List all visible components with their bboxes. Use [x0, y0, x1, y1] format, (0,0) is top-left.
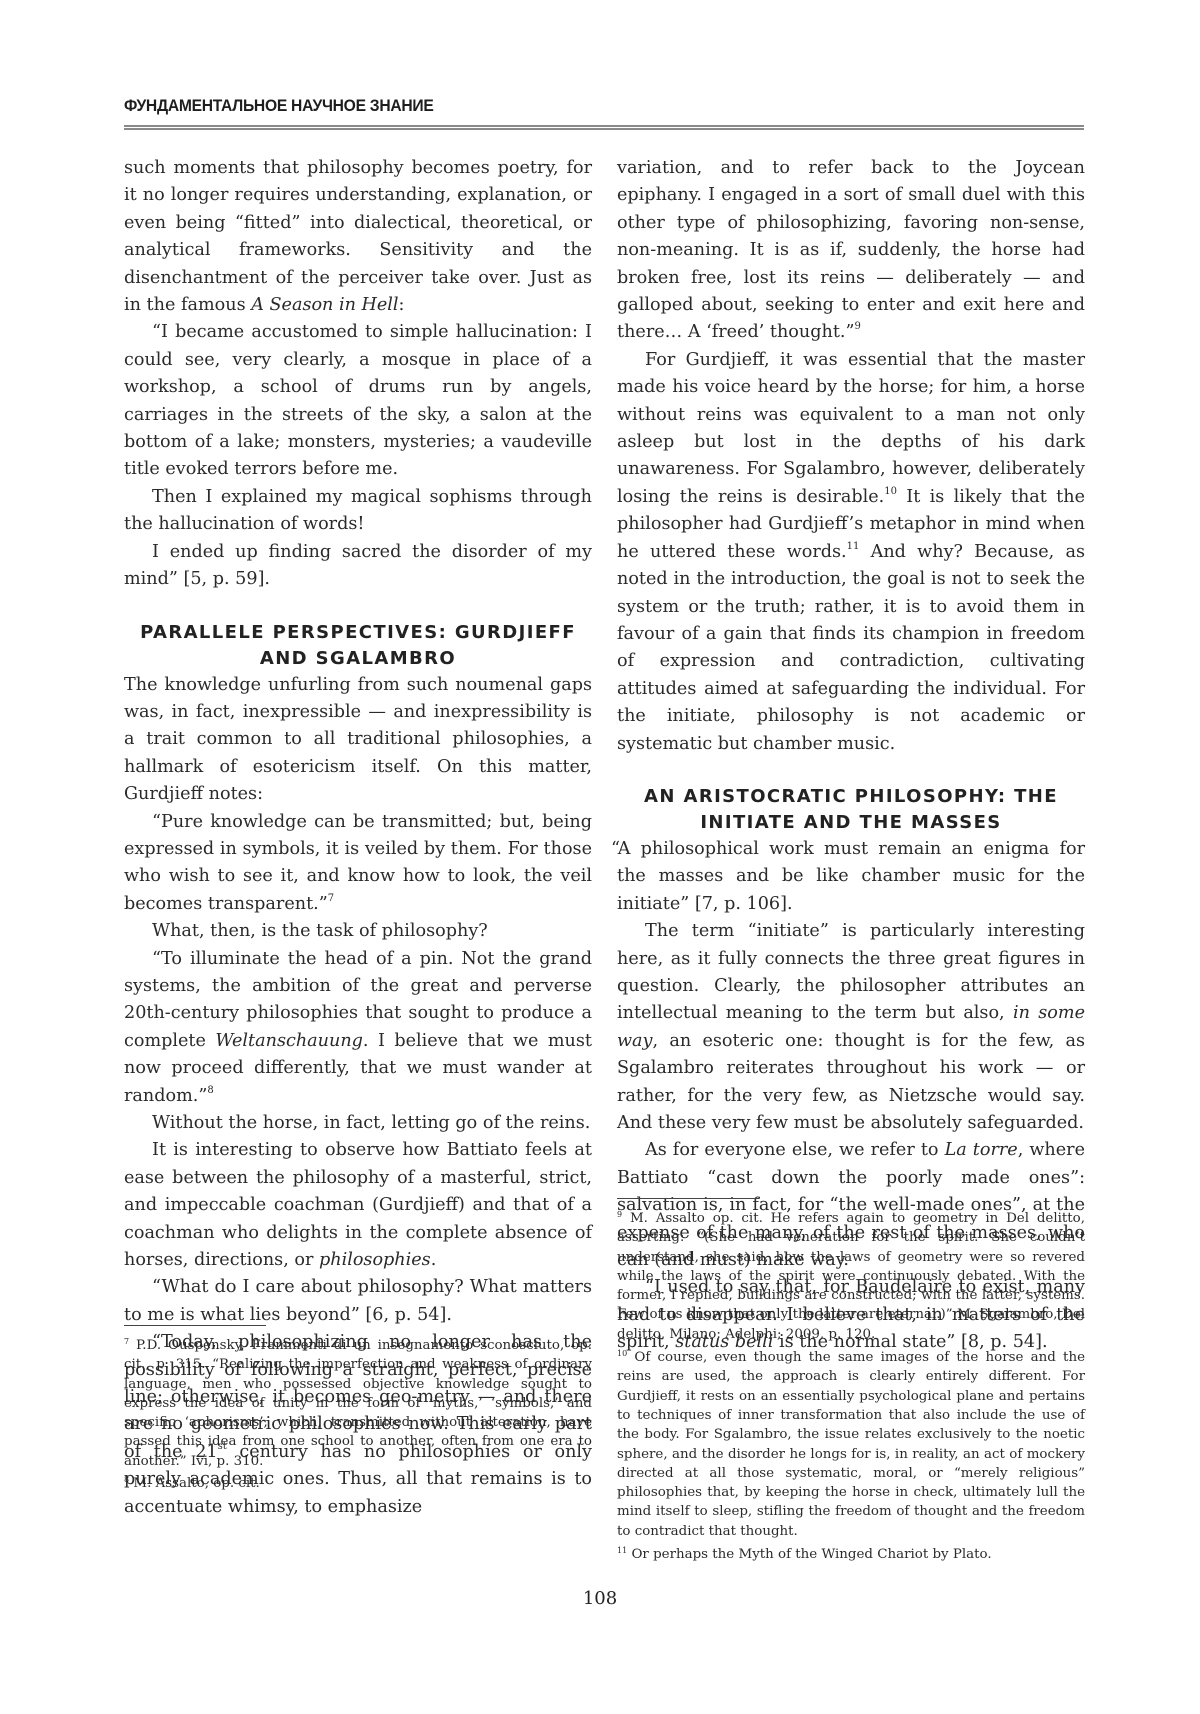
italic-term: Weltanschauung: [215, 1031, 363, 1051]
footnote-number: 10: [617, 1349, 627, 1358]
footnote-ref[interactable]: 8: [207, 1085, 213, 1096]
footnote-text: P.D. Ouspensky, Frammenti di un insegnam…: [124, 1338, 592, 1469]
quote-paragraph: “To illuminate the head of a pin. Not th…: [124, 946, 592, 1110]
text: , an esoteric one: thought is for the fe…: [617, 1031, 1085, 1133]
footnote-number: 8: [124, 1475, 129, 1484]
footnote-8: 8 M. Assalto, op. cit.: [124, 1474, 592, 1493]
section-heading: PARALLELE PERSPECTIVES: GURDJIEFF AND SG…: [124, 620, 592, 672]
journal-section-title: ФУНДАМЕНТАЛЬНОЕ НАУЧНОЕ ЗНАНИЕ: [124, 96, 1007, 116]
right-footnotes: 9 M. Assalto op. cit. He refers again to…: [617, 1198, 1085, 1564]
footnote-9: 9 M. Assalto op. cit. He refers again to…: [617, 1209, 1085, 1344]
text: such moments that philosophy becomes poe…: [124, 158, 592, 315]
spacer: [124, 594, 592, 620]
footnote-ref[interactable]: 11: [847, 541, 860, 552]
paragraph: variation, and to refer back to the Joyc…: [617, 155, 1085, 347]
text: And why? Because, as noted in the introd…: [617, 542, 1085, 754]
quote-paragraph: “I became accustomed to simple hallucina…: [124, 319, 592, 483]
footnote-10: 10 Of course, even though the same image…: [617, 1348, 1085, 1541]
quote-paragraph: Then I explained my magical sophisms thr…: [124, 484, 592, 539]
footnote-7: 7 P.D. Ouspensky, Frammenti di un insegn…: [124, 1336, 592, 1471]
text: variation, and to refer back to the Joyc…: [617, 158, 1085, 342]
quote-paragraph: “Pure knowledge can be transmitted; but,…: [124, 809, 592, 919]
footnote-number: 11: [617, 1546, 627, 1555]
italic-title: La torre: [945, 1140, 1018, 1160]
footnote-ref[interactable]: 9: [854, 321, 860, 332]
quote-paragraph: “A philosophical work must remain an eni…: [617, 836, 1085, 918]
paragraph: Without the horse, in fact, letting go o…: [124, 1110, 592, 1137]
text: As for everyone else, we refer to: [645, 1140, 945, 1160]
footnote-ref[interactable]: 7: [328, 893, 334, 904]
paragraph: It is interesting to observe how Battiat…: [124, 1137, 592, 1274]
italic-title: A Season in Hell: [251, 295, 398, 315]
text: “Pure knowledge can be transmitted; but,…: [124, 812, 592, 914]
text: For Gurdjieff, it was essential that the…: [617, 350, 1085, 507]
footnote-text: Or perhaps the Myth of the Winged Chario…: [631, 1547, 991, 1562]
footnote-number: 9: [617, 1210, 622, 1219]
footnote-text: M. Assalto op. cit. He refers again to g…: [617, 1211, 1085, 1342]
paragraph: What, then, is the task of philosophy?: [124, 918, 592, 945]
footnote-ref[interactable]: 10: [884, 486, 897, 497]
text: .: [431, 1250, 437, 1270]
right-column: variation, and to refer back to the Joyc…: [617, 155, 1085, 1357]
quote-paragraph: “What do I care about philosophy? What m…: [124, 1274, 592, 1329]
left-footnotes: 7 P.D. Ouspensky, Frammenti di un insegn…: [124, 1325, 592, 1493]
footnote-rule: [617, 1198, 759, 1199]
paragraph: For Gurdjieff, it was essential that the…: [617, 347, 1085, 758]
paragraph: The term “initiate” is particularly inte…: [617, 918, 1085, 1137]
footnote-text: M. Assalto, op. cit.: [133, 1476, 259, 1491]
page-number: 108: [0, 1588, 1200, 1609]
spacer: [617, 758, 1085, 784]
left-column: such moments that philosophy becomes poe…: [124, 155, 592, 1521]
quote-paragraph: I ended up finding sacred the disorder o…: [124, 539, 592, 594]
paragraph: The knowledge unfurling from such noumen…: [124, 672, 592, 809]
footnote-number: 7: [124, 1337, 129, 1346]
section-heading: AN ARISTOCRATIC PHILOSOPHY: THE INITIATE…: [617, 784, 1085, 836]
italic-term: philosophies: [319, 1250, 431, 1270]
header-double-rule: [124, 125, 1084, 130]
footnote-rule: [124, 1325, 266, 1326]
running-header: ФУНДАМЕНТАЛЬНОЕ НАУЧНОЕ ЗНАНИЕ: [124, 96, 1084, 130]
footnote-text: Of course, even though the same images o…: [617, 1350, 1085, 1539]
paragraph: such moments that philosophy becomes poe…: [124, 155, 592, 319]
text: :: [399, 295, 405, 315]
footnote-11: 11 Or perhaps the Myth of the Winged Cha…: [617, 1545, 1085, 1564]
